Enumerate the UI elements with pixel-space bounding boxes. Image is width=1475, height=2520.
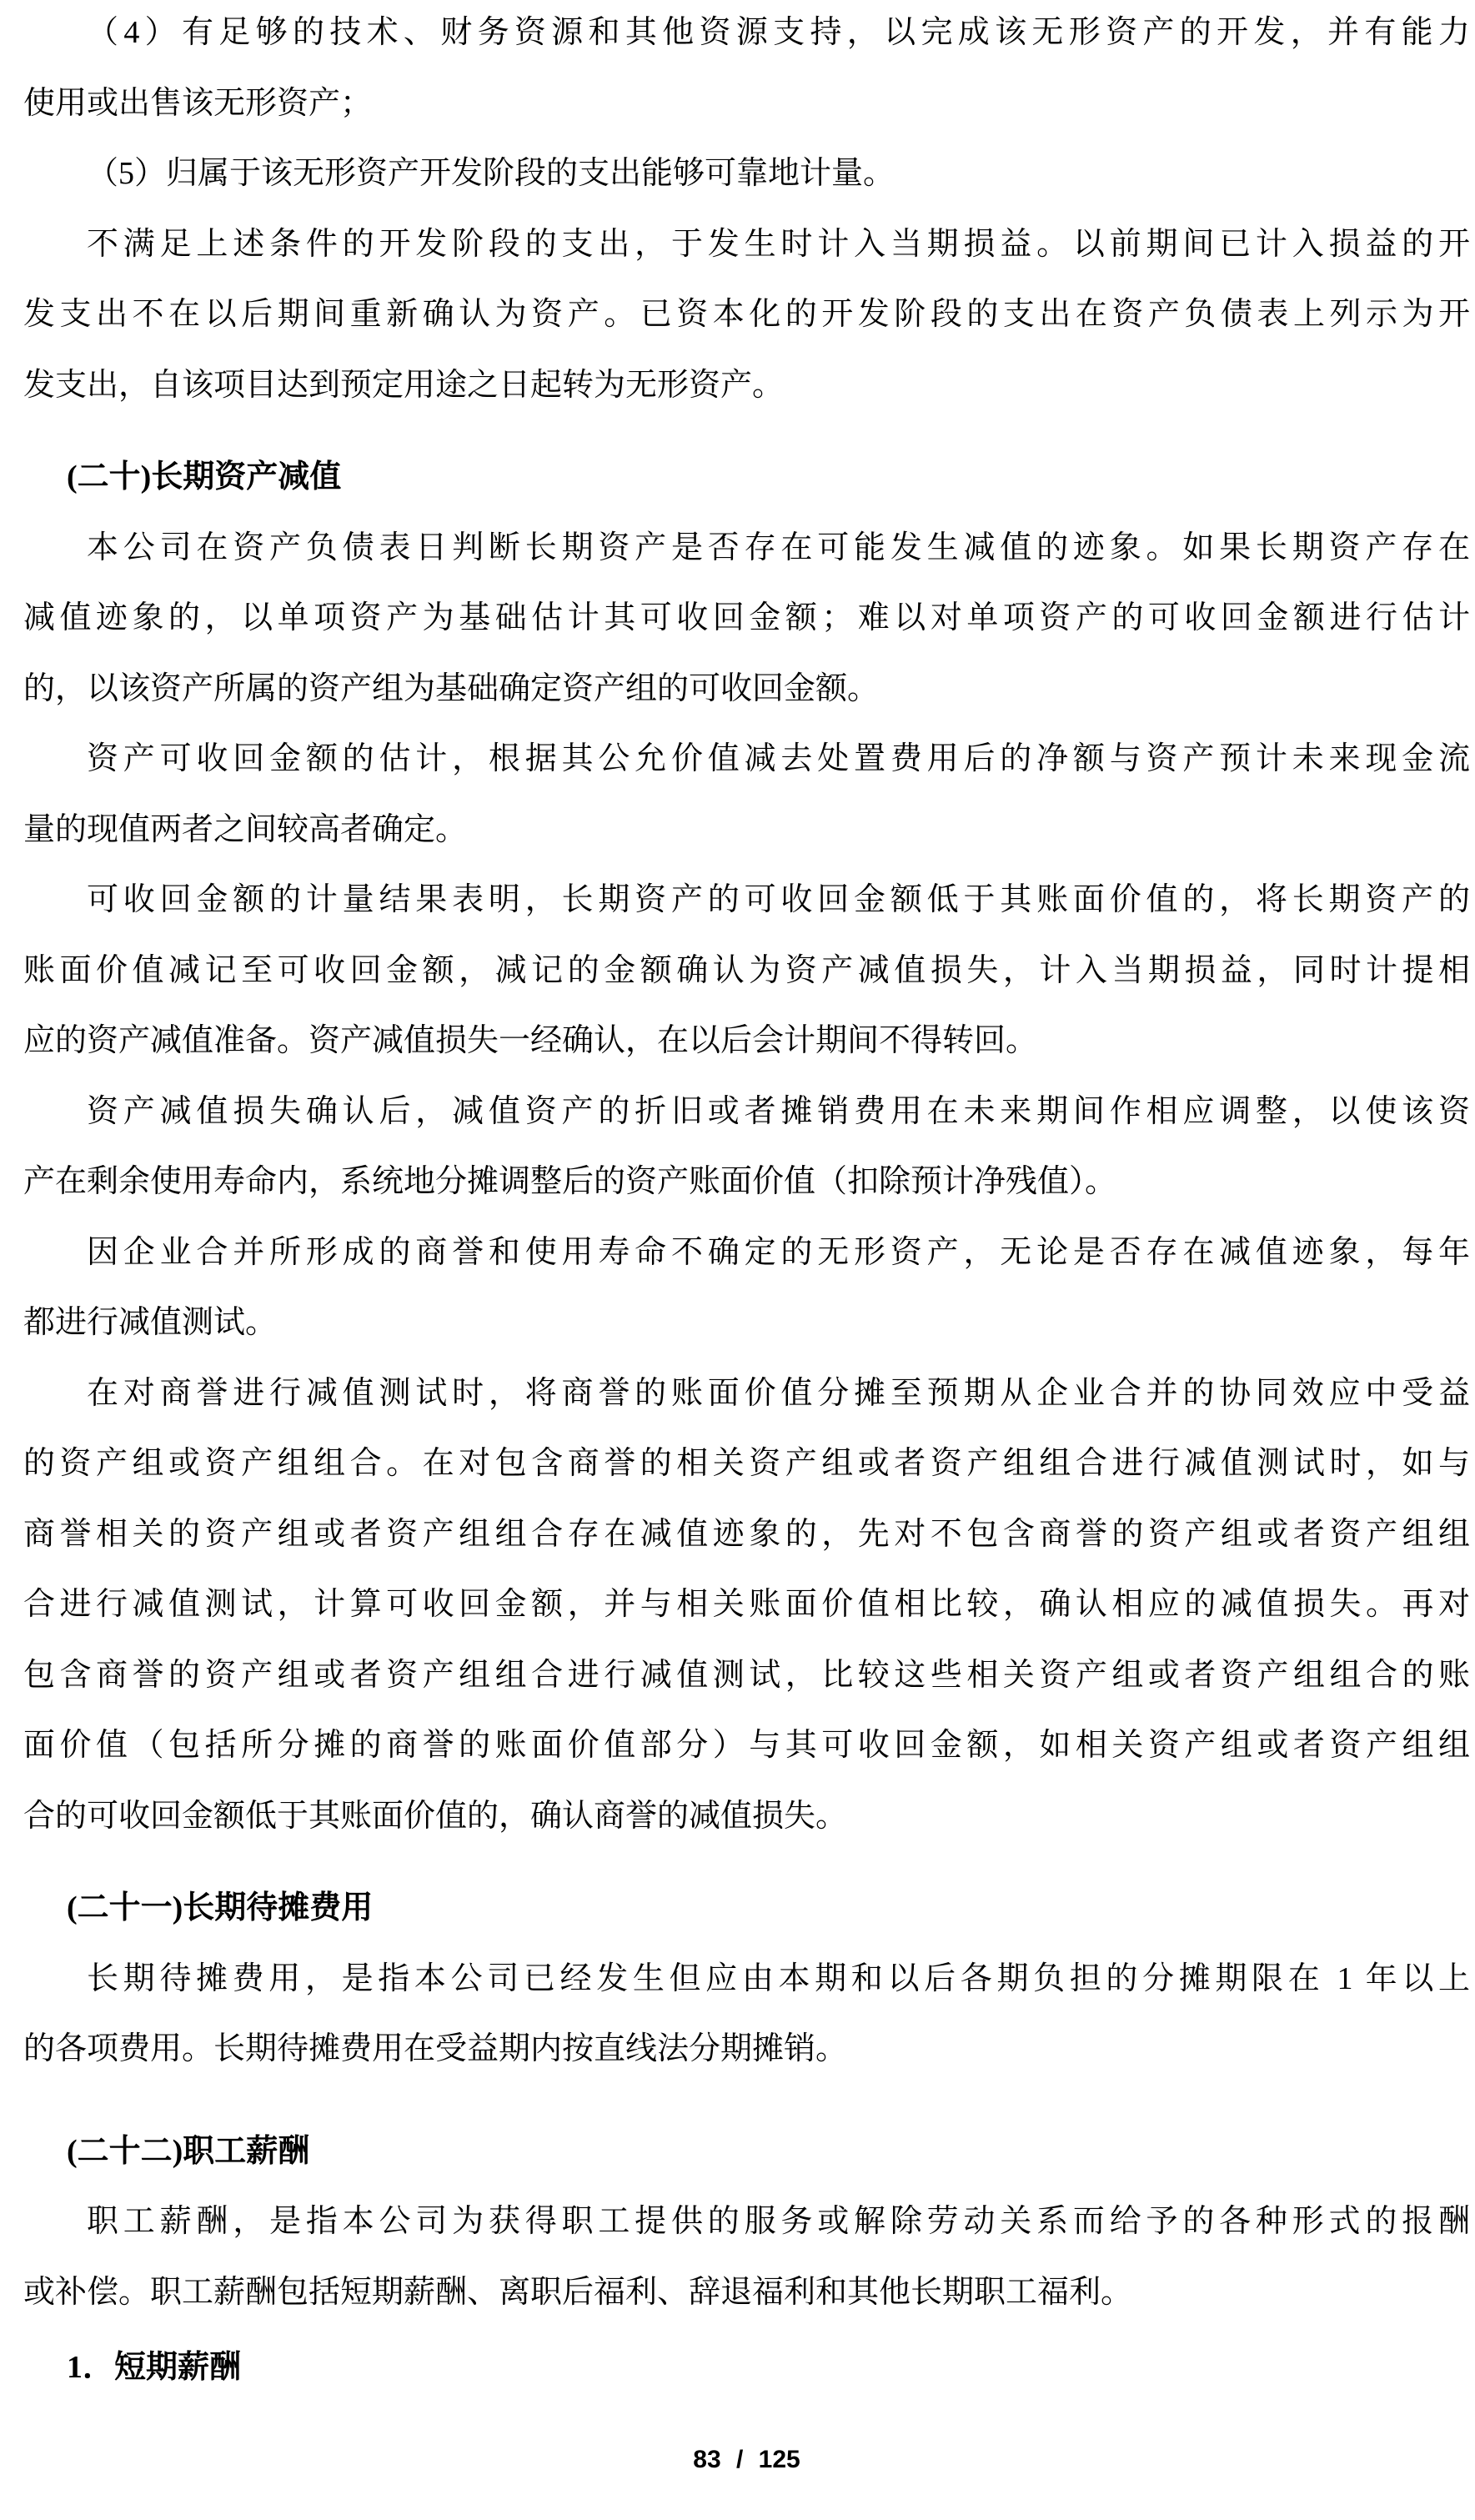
text-line: 本公司在资产负债表日判断长期资产是否存在可能发生减值的迹象。如果长期资产存在	[23, 513, 1470, 584]
para-impairment-indication: 本公司在资产负债表日判断长期资产是否存在可能发生减值的迹象。如果长期资产存在减值…	[23, 513, 1470, 725]
text-line: 可收回金额的计量结果表明，长期资产的可收回金额低于其账面价值的，将长期资产的	[23, 865, 1470, 936]
para-development-expenditure-measurable: （5）归属于该无形资产开发阶段的支出能够可靠地计量。	[23, 138, 1470, 209]
text-line: （4）有足够的技术、财务资源和其他资源支持，以完成该无形资产的开发，并有能力	[23, 0, 1470, 68]
para-development-capability: （4）有足够的技术、财务资源和其他资源支持，以完成该无形资产的开发，并有能力使用…	[23, 0, 1470, 138]
heading-long-term-asset-impairment: (二十)长期资产减值	[23, 442, 1470, 513]
text-line: 面价值（包括所分摊的商誉的账面价值部分）与其可收回金额，如相关资产组或者资产组组	[23, 1710, 1470, 1781]
text-line: 的各项费用。长期待摊费用在受益期内按直线法分期摊销。	[23, 2014, 1470, 2085]
text-line: 账面价值减记至可收回金额，减记的金额确认为资产减值损失，计入当期损益，同时计提相	[23, 936, 1470, 1006]
text-line: 应的资产减值准备。资产减值损失一经确认，在以后会计期间不得转回。	[23, 1006, 1470, 1077]
text-line: 职工薪酬，是指本公司为获得职工提供的服务或解除劳动关系而给予的各种形式的报酬	[23, 2186, 1470, 2257]
text-line: 因企业合并所形成的商誉和使用寿命不确定的无形资产，无论是否存在减值迹象，每年	[23, 1217, 1470, 1288]
document-body: （4）有足够的技术、财务资源和其他资源支持，以完成该无形资产的开发，并有能力使用…	[23, 0, 1470, 2495]
text-line: (二十二)职工薪酬	[23, 2116, 1470, 2187]
heading-short-term-compensation: 1．短期薪酬	[23, 2332, 1470, 2403]
text-line: 减值迹象的，以单项资产为基础估计其可收回金额；难以对单项资产的可收回金额进行估计	[23, 583, 1470, 654]
para-development-expenditure-treatment: 不满足上述条件的开发阶段的支出，于发生时计入当期损益。以前期间已计入损益的开发支…	[23, 209, 1470, 421]
para-goodwill-test-method: 在对商誉进行减值测试时，将商誉的账面价值分摊至预期从企业合并的协同效应中受益的资…	[23, 1358, 1470, 1852]
text-line: 的资产组或资产组组合。在对包含商誉的相关资产组或者资产组组合进行减值测试时，如与	[23, 1428, 1470, 1499]
text-line: 发支出，自该项目达到预定用途之日起转为无形资产。	[23, 350, 1470, 421]
text-line: (二十一)长期待摊费用	[23, 1873, 1470, 1944]
text-line: 产在剩余使用寿命内，系统地分摊调整后的资产账面价值（扣除预计净残值）。	[23, 1147, 1470, 1217]
text-line: 包含商誉的资产组或者资产组组合进行减值测试，比较这些相关资产组或者资产组组合的账	[23, 1640, 1470, 1711]
text-line: 的，以该资产所属的资产组为基础确定资产组的可收回金额。	[23, 654, 1470, 725]
text-line: (二十)长期资产减值	[23, 442, 1470, 513]
document-page: （4）有足够的技术、财务资源和其他资源支持，以完成该无形资产的开发，并有能力使用…	[0, 0, 1475, 2520]
text-line: 资产可收回金额的估计，根据其公允价值减去处置费用后的净额与资产预计未来现金流	[23, 724, 1470, 795]
text-line: 使用或出售该无形资产；	[23, 68, 1470, 139]
text-line: 1．短期薪酬	[23, 2332, 1470, 2403]
para-impairment-recognition: 可收回金额的计量结果表明，长期资产的可收回金额低于其账面价值的，将长期资产的账面…	[23, 865, 1470, 1077]
text-line: 在对商誉进行减值测试时，将商誉的账面价值分摊至预期从企业合并的协同效应中受益	[23, 1358, 1470, 1429]
para-post-impairment-adjustment: 资产减值损失确认后，减值资产的折旧或者摊销费用在未来期间作相应调整，以使该资产在…	[23, 1077, 1470, 1217]
heading-long-term-deferred-expenses: (二十一)长期待摊费用	[23, 1873, 1470, 1944]
text-line: 不满足上述条件的开发阶段的支出，于发生时计入当期损益。以前期间已计入损益的开	[23, 209, 1470, 280]
para-recoverable-amount-estimate: 资产可收回金额的估计，根据其公允价值减去处置费用后的净额与资产预计未来现金流量的…	[23, 724, 1470, 865]
text-line: 量的现值两者之间较高者确定。	[23, 795, 1470, 866]
para-deferred-expenses-definition: 长期待摊费用，是指本公司已经发生但应由本期和以后各期负担的分摊期限在 1 年以上…	[23, 1944, 1470, 2085]
text-line: 合进行减值测试，计算可收回金额，并与相关账面价值相比较，确认相应的减值损失。再对	[23, 1569, 1470, 1640]
text-line: 发支出不在以后期间重新确认为资产。已资本化的开发阶段的支出在资产负债表上列示为开	[23, 279, 1470, 350]
text-line: 都进行减值测试。	[23, 1288, 1470, 1358]
para-staff-compensation-definition: 职工薪酬，是指本公司为获得职工提供的服务或解除劳动关系而给予的各种形式的报酬或补…	[23, 2186, 1470, 2327]
text-line: （5）归属于该无形资产开发阶段的支出能够可靠地计量。	[23, 138, 1470, 209]
text-line: 合的可收回金额低于其账面价值的，确认商誉的减值损失。	[23, 1781, 1470, 1852]
text-line: 或补偿。职工薪酬包括短期薪酬、离职后福利、辞退福利和其他长期职工福利。	[23, 2257, 1470, 2328]
text-line: 商誉相关的资产组或者资产组组合存在减值迹象的，先对不包含商誉的资产组或者资产组组	[23, 1499, 1470, 1570]
para-goodwill-annual-test: 因企业合并所形成的商誉和使用寿命不确定的无形资产，无论是否存在减值迹象，每年都进…	[23, 1217, 1470, 1358]
text-line: 资产减值损失确认后，减值资产的折旧或者摊销费用在未来期间作相应调整，以使该资	[23, 1077, 1470, 1147]
text-line: 长期待摊费用，是指本公司已经发生但应由本期和以后各期负担的分摊期限在 1 年以上	[23, 1944, 1470, 2015]
heading-staff-compensation: (二十二)职工薪酬	[23, 2116, 1470, 2187]
page-number: 83 / 125	[23, 2425, 1470, 2496]
